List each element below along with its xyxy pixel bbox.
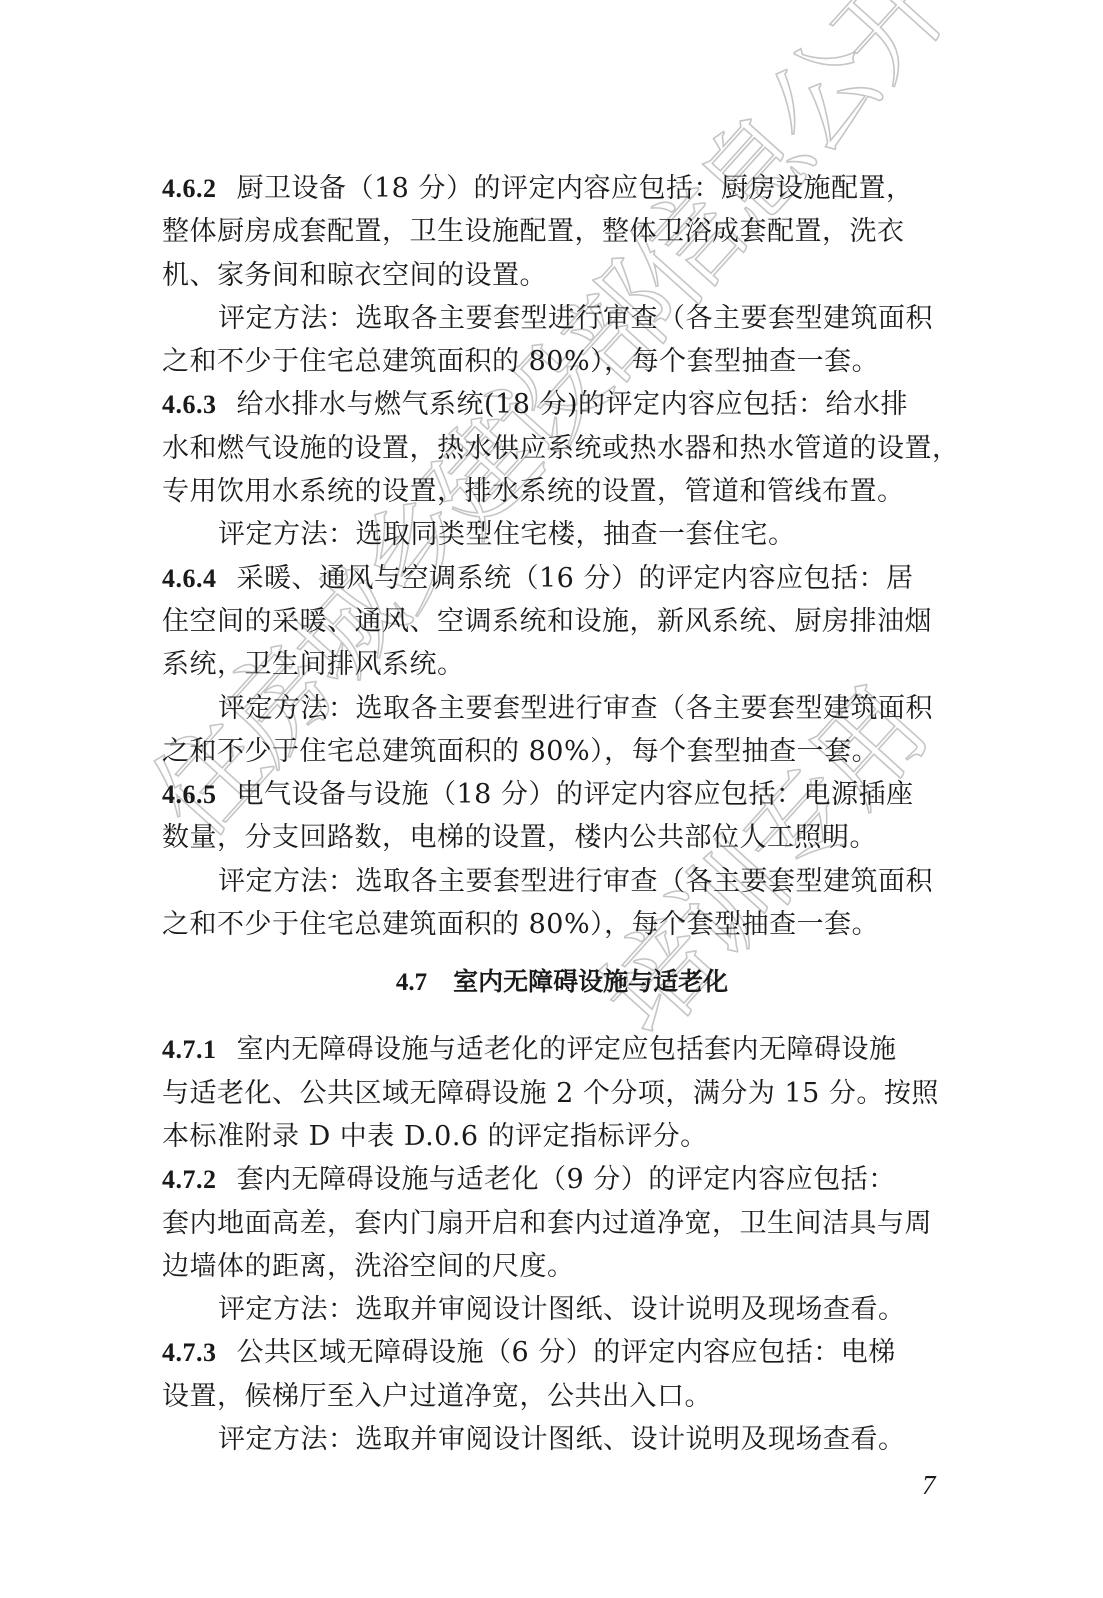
clause-number: 4.6.4 xyxy=(162,564,217,593)
section-heading: 4.7室内无障碍设施与适老化 xyxy=(162,946,962,1028)
text-line: 套内地面高差，套内门扇开启和套内过道净宽，卫生间洁具与周 xyxy=(162,1202,962,1245)
clause-number: 4.6.5 xyxy=(162,780,217,809)
text-line: 套内无障碍设施与适老化（9 分）的评定内容应包括： xyxy=(237,1164,896,1195)
method-line: 评定方法：选取并审阅设计图纸、设计说明及现场查看。 xyxy=(162,1288,962,1331)
text-line: 水和燃气设施的设置，热水供应系统或热水器和热水管道的设置， xyxy=(162,427,962,470)
text-line: 整体厨房成套配置，卫生设施配置，整体卫浴成套配置，洗衣 xyxy=(162,210,962,253)
method-line: 评定方法：选取各主要套型进行审查（各主要套型建筑面积 xyxy=(162,297,962,340)
text-line: 电气设备与设施（18 分）的评定内容应包括：电源插座 xyxy=(237,779,914,810)
text-line: 系统，卫生间排风系统。 xyxy=(162,643,962,686)
clause-4-7-1: 4.7.1室内无障碍设施与适老化的评定应包括套内无障碍设施 xyxy=(162,1028,962,1071)
clause-4-6-5: 4.6.5电气设备与设施（18 分）的评定内容应包括：电源插座 xyxy=(162,773,962,816)
clause-4-6-3: 4.6.3给水排水与燃气系统(18 分)的评定内容应包括：给水排 xyxy=(162,383,962,426)
clause-number: 4.6.2 xyxy=(162,174,217,203)
text-line: 之和不少于住宅总建筑面积的 80%），每个套型抽查一套。 xyxy=(162,903,962,946)
clause-4-7-3: 4.7.3公共区域无障碍设施（6 分）的评定内容应包括：电梯 xyxy=(162,1331,962,1374)
section-number: 4.7 xyxy=(396,969,427,996)
page-number: 7 xyxy=(922,1470,936,1501)
text-line: 住空间的采暖、通风、空调系统和设施，新风系统、厨房排油烟 xyxy=(162,600,962,643)
text-line: 公共区域无障碍设施（6 分）的评定内容应包括：电梯 xyxy=(237,1337,896,1368)
method-line: 评定方法：选取并审阅设计图纸、设计说明及现场查看。 xyxy=(162,1418,962,1461)
clause-number: 4.7.3 xyxy=(162,1338,217,1367)
text-line: 本标准附录 D 中表 D.0.6 的评定指标评分。 xyxy=(162,1115,962,1158)
clause-number: 4.7.1 xyxy=(162,1035,217,1064)
clause-4-7-2: 4.7.2套内无障碍设施与适老化（9 分）的评定内容应包括： xyxy=(162,1158,962,1201)
clause-number: 4.6.3 xyxy=(162,390,217,419)
text-line: 数量，分支回路数，电梯的设置，楼内公共部位人工照明。 xyxy=(162,816,962,859)
text-line: 边墙体的距离，洗浴空间的尺度。 xyxy=(162,1245,962,1288)
clause-4-6-2: 4.6.2厨卫设备（18 分）的评定内容应包括：厨房设施配置， xyxy=(162,167,962,210)
text-line: 采暖、通风与空调系统（16 分）的评定内容应包括：居 xyxy=(237,563,914,594)
document-page: 住房城乡建设部信息公开 培训专用 4.6.2厨卫设备（18 分）的评定内容应包括… xyxy=(0,0,1103,1598)
text-line: 给水排水与燃气系统(18 分)的评定内容应包括：给水排 xyxy=(237,389,909,420)
text-line: 机、家务间和晾衣空间的设置。 xyxy=(162,254,962,297)
clause-number: 4.7.2 xyxy=(162,1165,217,1194)
method-line: 评定方法：选取各主要套型进行审查（各主要套型建筑面积 xyxy=(162,687,962,730)
text-line: 与适老化、公共区域无障碍设施 2 个分项，满分为 15 分。按照 xyxy=(162,1072,962,1115)
text-line: 专用饮用水系统的设置，排水系统的设置，管道和管线布置。 xyxy=(162,470,962,513)
method-line: 评定方法：选取同类型住宅楼，抽查一套住宅。 xyxy=(162,513,962,556)
section-title: 室内无障碍设施与适老化 xyxy=(453,967,728,996)
clause-4-6-4: 4.6.4采暖、通风与空调系统（16 分）的评定内容应包括：居 xyxy=(162,557,962,600)
text-line: 之和不少于住宅总建筑面积的 80%），每个套型抽查一套。 xyxy=(162,730,962,773)
text-line: 厨卫设备（18 分）的评定内容应包括：厨房设施配置， xyxy=(237,173,914,204)
text-line: 设置，候梯厅至入户过道净宽，公共出入口。 xyxy=(162,1375,962,1418)
text-line: 之和不少于住宅总建筑面积的 80%），每个套型抽查一套。 xyxy=(162,340,962,383)
body-text: 4.6.2厨卫设备（18 分）的评定内容应包括：厨房设施配置， 整体厨房成套配置… xyxy=(162,167,962,1461)
text-line: 室内无障碍设施与适老化的评定应包括套内无障碍设施 xyxy=(237,1034,897,1065)
method-line: 评定方法：选取各主要套型进行审查（各主要套型建筑面积 xyxy=(162,860,962,903)
